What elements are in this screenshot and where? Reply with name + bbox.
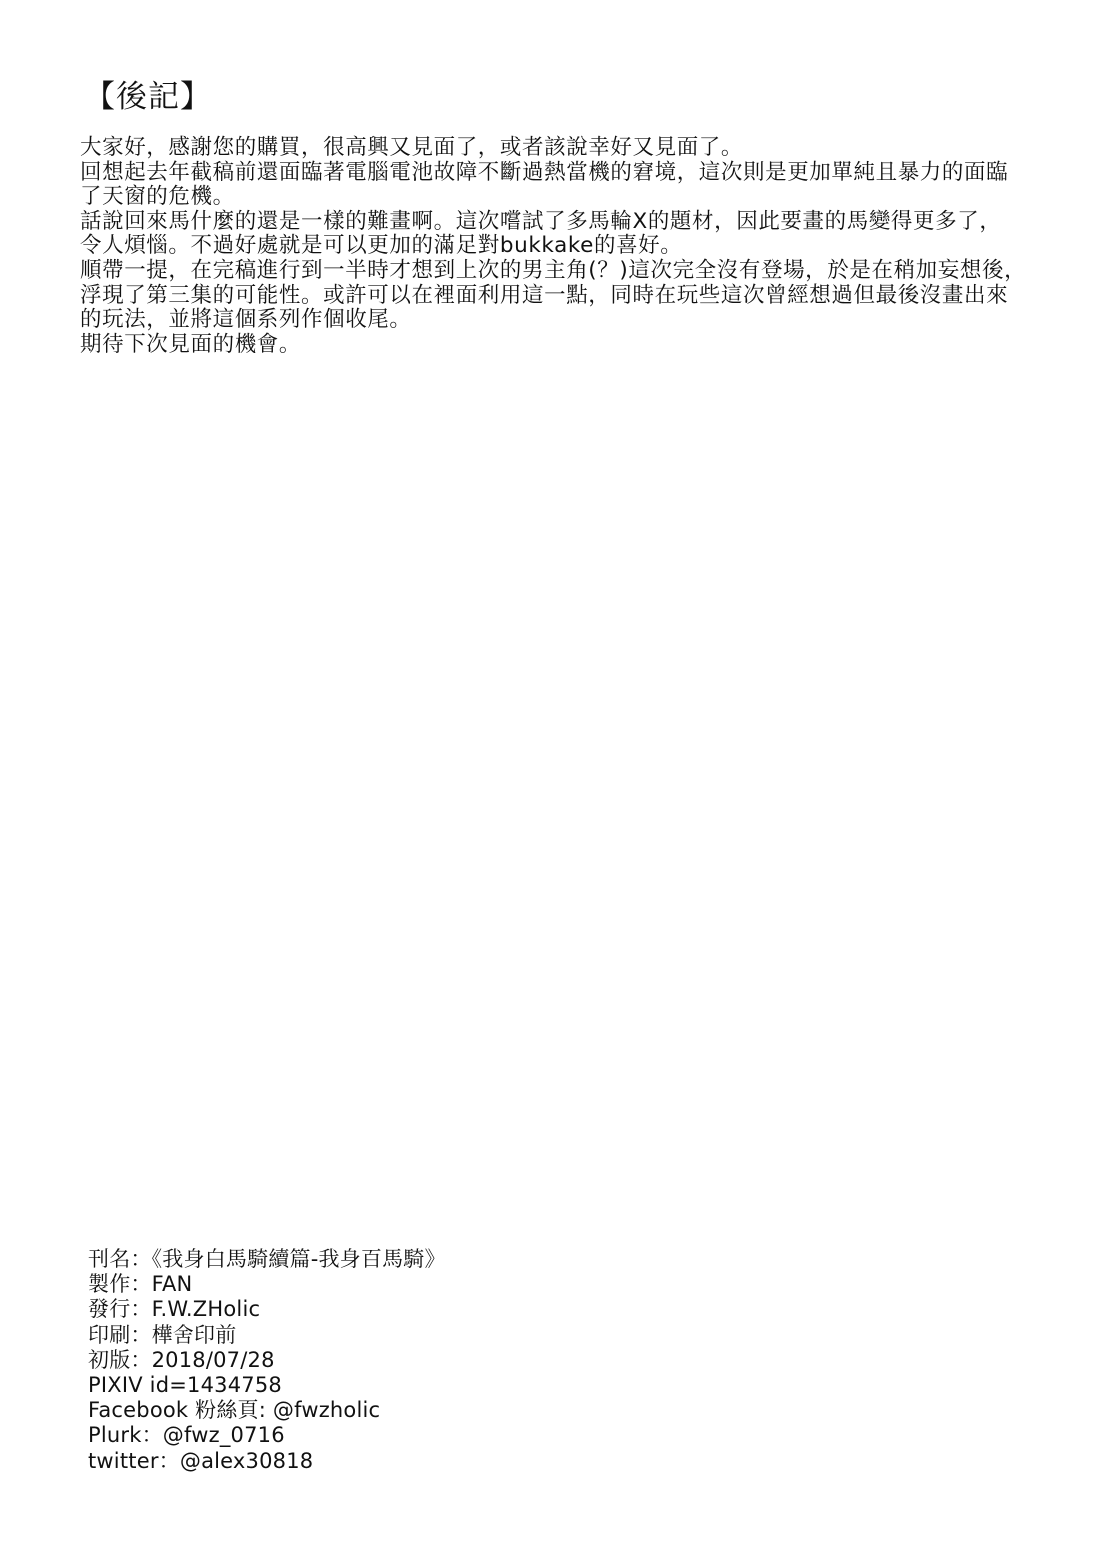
colophon-author: 製作：FAN (88, 1272, 446, 1297)
afterword-line: 順帶一提，在完稿進行到一半時才想到上次的男主角(？)這次完全沒有登場，於是在稍加… (80, 259, 1070, 284)
afterword-line: 回想起去年截稿前還面臨著電腦電池故障不斷過熱當機的窘境，這次則是更加單純且暴力的… (80, 161, 1070, 186)
colophon-printer: 印刷：樺舍印前 (88, 1323, 446, 1348)
colophon-plurk: Plurk：@fwz_0716 (88, 1423, 446, 1448)
colophon-facebook: Facebook 粉絲頁: @fwzholic (88, 1398, 446, 1423)
afterword-body: 大家好，感謝您的購買，很高興又見面了，或者該說幸好又見面了。 回想起去年截稿前還… (80, 136, 1070, 357)
afterword-line: 期待下次見面的機會。 (80, 333, 1070, 358)
afterword-line: 的玩法，並將這個系列作個收尾。 (80, 308, 1070, 333)
afterword-line: 令人煩惱。不過好處就是可以更加的滿足對bukkake的喜好。 (80, 234, 1070, 259)
colophon-publication-title: 刊名：《我身白馬騎續篇-我身百馬騎》 (88, 1247, 446, 1272)
colophon-publisher: 發行：F.W.ZHolic (88, 1297, 446, 1322)
afterword-line: 話說回來馬什麼的還是一樣的難畫啊。這次嚐試了多馬輪X的題材，因此要畫的馬變得更多… (80, 210, 1070, 235)
colophon-pixiv-id: PIXIV id=1434758 (88, 1373, 446, 1398)
afterword-line: 了天窗的危機。 (80, 185, 1070, 210)
afterword-line: 大家好，感謝您的購買，很高興又見面了，或者該說幸好又見面了。 (80, 136, 1070, 161)
afterword-line: 浮現了第三集的可能性。或許可以在裡面利用這一點，同時在玩些這次曾經想過但最後沒畫… (80, 284, 1070, 309)
afterword-page: 【後記】 大家好，感謝您的購買，很高興又見面了，或者該說幸好又見面了。 回想起去… (0, 0, 1110, 1553)
colophon: 刊名：《我身白馬騎續篇-我身百馬騎》 製作：FAN 發行：F.W.ZHolic … (88, 1247, 446, 1474)
afterword-title: 【後記】 (84, 78, 212, 116)
colophon-twitter: twitter：@alex30818 (88, 1449, 446, 1474)
colophon-first-edition-date: 初版：2018/07/28 (88, 1348, 446, 1373)
